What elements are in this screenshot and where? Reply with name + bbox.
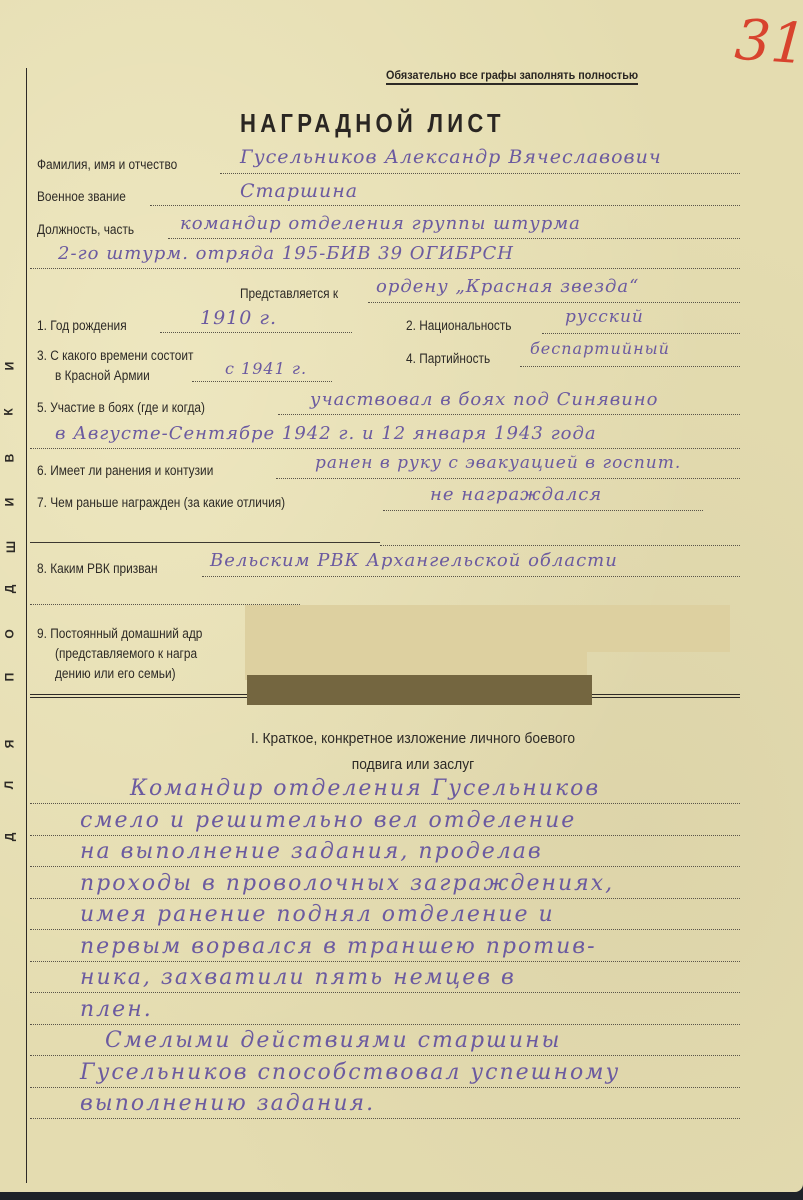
feat-rule-line <box>30 992 740 993</box>
drafted-by-label: 8. Каким РВК призван <box>37 561 158 576</box>
feat-heading-line-1: I. Краткое, конкретное изложение личного… <box>55 726 771 752</box>
position-value-2: 2-го штурм. отряда 195-БИВ 39 ОГИБРСН <box>58 243 514 264</box>
binding-char: О <box>3 629 17 638</box>
award-line <box>368 302 740 303</box>
birth-year-value: 1910 г. <box>200 307 277 329</box>
award-label: Представляется к <box>240 286 338 301</box>
feat-rule-line <box>30 1024 740 1025</box>
feat-line: выполнению задания. <box>80 1091 375 1116</box>
binding-char: И <box>2 362 16 371</box>
redaction-block <box>575 605 730 652</box>
service-since-label-1: 3. С какого времени состоит <box>37 348 193 363</box>
rank-line <box>150 205 740 206</box>
feat-rule-line <box>30 803 740 804</box>
rank-label: Военное звание <box>37 189 126 204</box>
binding-char: Д <box>2 833 16 842</box>
feat-rule-line <box>30 1118 740 1119</box>
page-number: 31 <box>733 8 803 78</box>
feat-rule-line <box>30 961 740 962</box>
home-address-label-1: 9. Постоянный домашний адр <box>37 626 202 641</box>
rank-value: Старшина <box>240 180 358 202</box>
battles-line-1 <box>278 414 740 415</box>
nationality-label: 2. Национальность <box>406 318 511 333</box>
prior-awards-value: не награждался <box>430 484 602 505</box>
feat-line: Гусельников способствовал успешному <box>80 1060 620 1085</box>
redaction-block-dark <box>247 675 592 705</box>
binding-char: Ш <box>4 541 18 553</box>
birth-year-label: 1. Год рождения <box>37 318 127 333</box>
feat-line: ника, захватили пять немцев в <box>80 965 516 990</box>
binding-strip-label: Д Л Я П О Д Ш И В К И <box>2 345 22 845</box>
feat-section-heading: I. Краткое, конкретное изложение личного… <box>32 726 771 778</box>
home-address-label-3: дению или его семьи) <box>55 666 176 681</box>
party-line <box>520 366 740 367</box>
full-name-label: Фамилия, имя и отчество <box>37 157 177 172</box>
feat-rule-line <box>30 866 740 867</box>
binding-char: К <box>2 408 16 415</box>
party-value: беспартийный <box>530 339 670 358</box>
nationality-line <box>542 333 740 334</box>
binding-char: Л <box>2 781 16 789</box>
feat-rule-line <box>30 1087 740 1088</box>
position-label: Должность, часть <box>37 222 134 237</box>
position-line-2 <box>30 268 740 269</box>
position-value-1: командир отделения группы штурма <box>180 213 581 234</box>
binding-char: В <box>2 454 16 463</box>
prior-awards-label: 7. Чем раньше награжден (за какие отличи… <box>37 495 285 510</box>
prior-awards-line <box>383 510 703 511</box>
full-name-line <box>220 173 740 174</box>
drafted-by-value: Вельским РВК Архангельской области <box>210 550 618 571</box>
feat-line: Командир отделения Гусельников <box>130 776 600 801</box>
wounds-line <box>276 478 740 479</box>
feat-rule-line <box>30 1055 740 1056</box>
divider-7-8-dots <box>380 545 740 546</box>
full-name-value: Гусельников Александр Вячеславович <box>240 146 662 168</box>
feat-line: плен. <box>80 997 153 1022</box>
feat-line: смело и решительно вел отделение <box>80 808 576 833</box>
binding-char: Я <box>2 740 16 749</box>
feat-heading-line-2: подвига или заслуг <box>55 752 771 778</box>
feat-line: проходы в проволочных заграждениях, <box>80 871 614 896</box>
home-address-label-2: (представляемого к награ <box>55 646 197 661</box>
redaction-block <box>245 605 587 680</box>
party-label: 4. Партийность <box>406 351 490 366</box>
binding-char: Д <box>2 585 16 594</box>
battles-value-2: в Августе-Сентябре 1942 г. и 12 января 1… <box>55 423 597 444</box>
award-sheet: Д Л Я П О Д Ш И В К И Обязательно все гр… <box>0 0 803 1192</box>
wounds-label: 6. Имеет ли ранения и контузии <box>37 463 213 478</box>
battles-line-2 <box>30 448 740 449</box>
feat-rule-line <box>30 898 740 899</box>
battles-value-1: участвовал в боях под Синявино <box>310 389 659 410</box>
binding-char: П <box>2 673 16 682</box>
margin-rule <box>26 68 27 1183</box>
service-since-line <box>192 381 332 382</box>
drafted-by-line <box>202 576 740 577</box>
feat-line: первым ворвался в траншею против- <box>80 934 597 959</box>
feat-line: имея ранение поднял отделение и <box>80 902 555 927</box>
battles-label: 5. Участие в боях (где и когда) <box>37 400 205 415</box>
mandatory-note: Обязательно все графы заполнять полность… <box>386 68 638 85</box>
feat-rule-line <box>30 929 740 930</box>
binding-char: И <box>2 498 16 507</box>
service-since-value: с 1941 г. <box>225 359 307 378</box>
award-value: ордену „Красная звезда“ <box>376 276 639 297</box>
divider-7-8 <box>30 542 380 543</box>
feat-line: на выполнение задания, проделав <box>80 839 543 864</box>
service-since-label-2: в Красной Армии <box>55 368 150 383</box>
document-title: НАГРАДНОЙ ЛИСТ <box>240 108 505 139</box>
birth-year-line <box>160 332 352 333</box>
position-line-1 <box>168 238 740 239</box>
nationality-value: русский <box>565 307 644 327</box>
feat-line: Смелыми действиями старшины <box>105 1028 561 1053</box>
wounds-value: ранен в руку с эвакуацией в госпит. <box>315 453 681 473</box>
feat-rule-line <box>30 835 740 836</box>
